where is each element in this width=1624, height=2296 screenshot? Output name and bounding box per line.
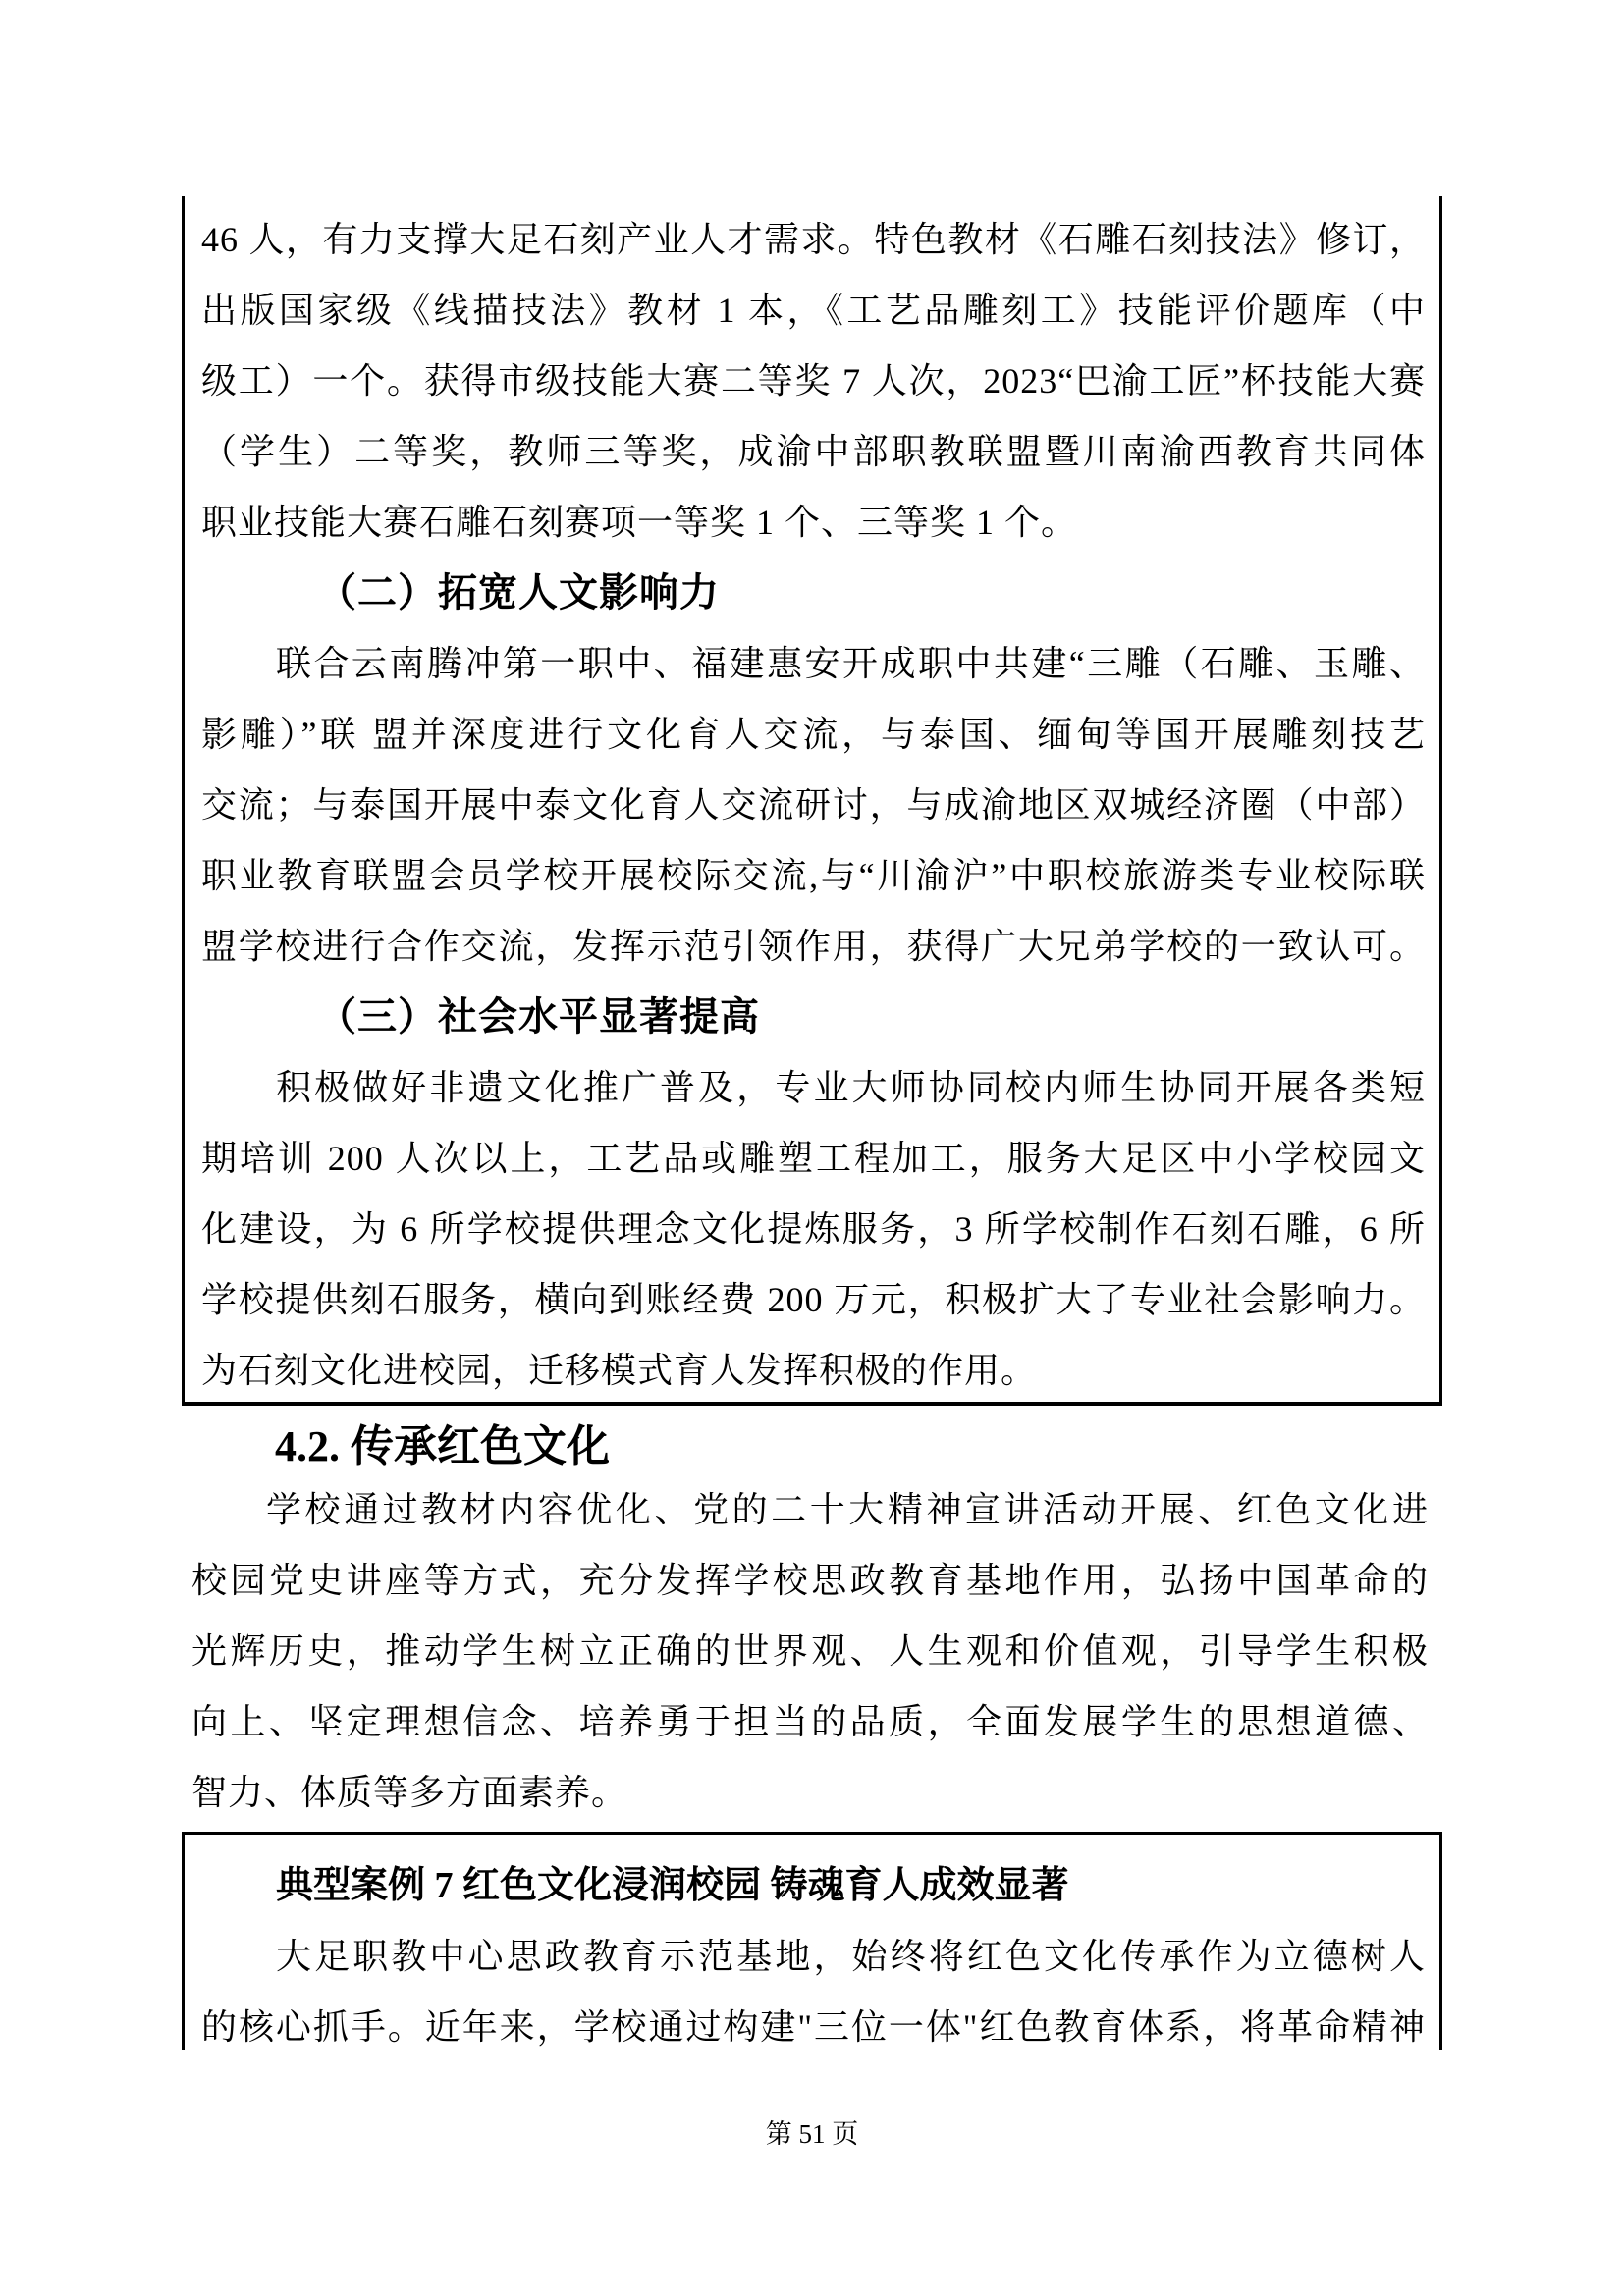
text-line: 的核心抓手。近年来，学校通过构建"三位一体"红色教育体系，将革命精神	[201, 1992, 1426, 2050]
text-line: 级工）一个。获得市级技能大赛二等奖 7 人次，2023“巴渝工匠”杯技能大赛	[201, 346, 1426, 416]
text-line: 为石刻文化进校园，迁移模式育人发挥积极的作用。	[201, 1335, 1426, 1406]
text-line: 联合云南腾冲第一职中、福建惠安开成职中共建“三雕（石雕、玉雕、	[201, 628, 1426, 699]
text-line: 学校提供刻石服务，横向到账经费 200 万元，积极扩大了专业社会影响力。	[201, 1264, 1426, 1335]
text-line: 学校通过教材内容优化、党的二十大精神宣讲活动开展、红色文化进	[191, 1474, 1429, 1545]
section-4-2-paragraph: 学校通过教材内容优化、党的二十大精神宣讲活动开展、红色文化进 校园党史讲座等方式…	[191, 1474, 1429, 1828]
text-line: 智力、体质等多方面素养。	[191, 1757, 1429, 1828]
text-line: 职业技能大赛石雕石刻赛项一等奖 1 个、三等奖 1 个。	[201, 487, 1426, 558]
text-line: 交流；与泰国开展中泰文化育人交流研讨，与成渝地区双城经济圈（中部）	[201, 770, 1426, 840]
case-study-box: 典型案例 7 红色文化浸润校园 铸魂育人成效显著 大足职教中心思政教育示范基地，…	[182, 1832, 1442, 2050]
text-line: 大足职教中心思政教育示范基地，始终将红色文化传承作为立德树人	[201, 1921, 1426, 1992]
text-line: 校园党史讲座等方式，充分发挥学校思政教育基地作用，弘扬中国革命的	[191, 1545, 1429, 1616]
subsection-heading-2: （二）拓宽人文影响力	[201, 558, 1426, 628]
text-line: 化建设，为 6 所学校提供理念文化提炼服务，3 所学校制作石刻石雕，6 所	[201, 1194, 1426, 1264]
text-line: 期培训 200 人次以上，工艺品或雕塑工程加工，服务大足区中小学校园文	[201, 1123, 1426, 1194]
section-heading-4-2: 4.2. 传承红色文化	[191, 1415, 1429, 1478]
text-line: 出版国家级《线描技法》教材 1 本，《工艺品雕刻工》技能评价题库（中	[201, 275, 1426, 346]
page-number: 第 51 页	[0, 2112, 1624, 2156]
document-page: 46 人，有力支撑大足石刻产业人才需求。特色教材《石雕石刻技法》修订， 出版国家…	[0, 0, 1624, 2296]
text-line: 积极做好非遗文化推广普及，专业大师协同校内师生协同开展各类短	[201, 1052, 1426, 1123]
text-line: 46 人，有力支撑大足石刻产业人才需求。特色教材《石雕石刻技法》修订，	[201, 204, 1426, 275]
case-study-heading: 典型案例 7 红色文化浸润校园 铸魂育人成效显著	[201, 1850, 1426, 1921]
text-line: 影雕）”联 盟并深度进行文化育人交流，与泰国、缅甸等国开展雕刻技艺	[201, 699, 1426, 770]
text-line: 职业教育联盟会员学校开展校际交流,与“川渝沪”中职校旅游类专业校际联	[201, 840, 1426, 911]
text-line: 盟学校进行合作交流，发挥示范引领作用，获得广大兄弟学校的一致认可。	[201, 911, 1426, 982]
text-line: （学生）二等奖，教师三等奖，成渝中部职教联盟暨川南渝西教育共同体	[201, 416, 1426, 487]
achievements-box-continued: 46 人，有力支撑大足石刻产业人才需求。特色教材《石雕石刻技法》修订， 出版国家…	[182, 196, 1442, 1406]
text-line: 向上、坚定理想信念、培养勇于担当的品质，全面发展学生的思想道德、	[191, 1686, 1429, 1757]
subsection-heading-3: （三）社会水平显著提高	[201, 982, 1426, 1052]
text-line: 光辉历史，推动学生树立正确的世界观、人生观和价值观，引导学生积极	[191, 1616, 1429, 1686]
